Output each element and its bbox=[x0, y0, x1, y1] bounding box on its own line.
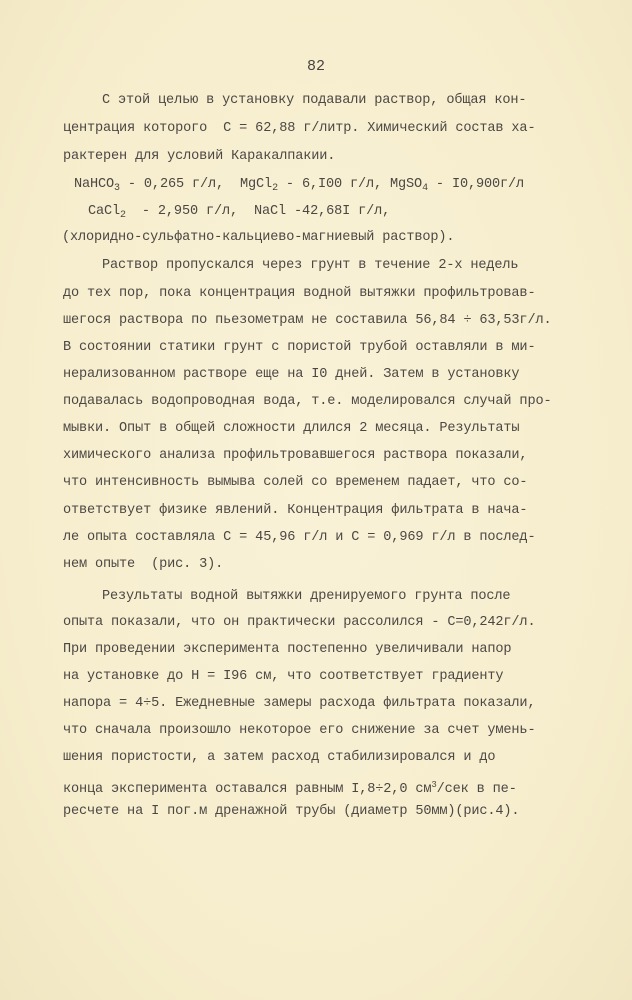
text-line: ле опыта составляла С = 45,96 г/л и С = … bbox=[63, 529, 535, 547]
page-number: 82 bbox=[0, 58, 632, 75]
text-line: мывки. Опыт в общей сложности длился 2 м… bbox=[63, 420, 519, 438]
document-page: 82 С этой целью в установку подавали рас… bbox=[0, 0, 632, 1000]
text-line: Раствор пропускался через грунт в течени… bbox=[102, 257, 518, 275]
text-line: нем опыте (рис. 3). bbox=[63, 556, 223, 574]
text-line: ответствует физике явлений. Концентрация… bbox=[63, 502, 527, 520]
text-line: шения пористости, а затем расход стабили… bbox=[63, 749, 495, 767]
cacl2-formula: CaCl bbox=[88, 204, 120, 219]
text-line: В состоянии статики грунт с пористой тру… bbox=[63, 339, 535, 357]
mgso4-value: - I0,900г/л bbox=[428, 177, 524, 192]
text-line: что сначала произошло некоторое его сниж… bbox=[63, 722, 535, 740]
mgcl2-formula: MgCl bbox=[240, 177, 272, 192]
text-line: Результаты водной вытяжки дренируемого г… bbox=[102, 588, 510, 606]
mgcl2-value: - 6,I00 г/л, bbox=[278, 177, 390, 192]
text-line: (хлоридно-сульфатно-кальциево-магниевый … bbox=[62, 229, 454, 247]
text-line: С этой целью в установку подавали раство… bbox=[102, 92, 526, 110]
cacl2-value: - 2,950 г/л, bbox=[126, 204, 254, 219]
formula-line-salts-1: NaHCO3 - 0,265 г/л, MgCl2 - 6,I00 г/л, M… bbox=[74, 176, 524, 198]
flow-rate-text-end: /сек в пе- bbox=[437, 782, 517, 797]
text-line: шегося раствора по пьезометрам не состав… bbox=[63, 312, 551, 330]
text-line: При проведении эксперимента постепенно у… bbox=[63, 641, 511, 659]
text-line: нерализованном растворе еще на I0 дней. … bbox=[63, 366, 519, 384]
text-line: напора = 4÷5. Ежедневные замеры расхода … bbox=[63, 695, 535, 713]
nacl-value: -42,68I г/л, bbox=[286, 204, 390, 219]
flow-rate-text: конца эксперимента оставался равным I,8÷… bbox=[63, 782, 431, 797]
text-line: химического анализа профильтровавшегося … bbox=[63, 447, 527, 465]
text-line: на установке до Н = I96 см, что соответс… bbox=[63, 668, 503, 686]
text-line: рактерен для условий Каракалпакии. bbox=[63, 148, 335, 166]
text-line: что интенсивность вымыва солей со времен… bbox=[63, 474, 527, 492]
mgso4-formula: MgSO bbox=[390, 177, 422, 192]
text-line: подавалась водопроводная вода, т.е. моде… bbox=[63, 393, 551, 411]
nacl-formula: NaCl bbox=[254, 204, 286, 219]
text-line: опыта показали, что он практически рассо… bbox=[63, 614, 535, 632]
nahco3-formula: NaHCO bbox=[74, 177, 114, 192]
text-line: ресчете на I пог.м дренажной трубы (диам… bbox=[63, 803, 519, 821]
flow-rate-line: конца эксперимента оставался равным I,8÷… bbox=[63, 776, 517, 799]
text-line: до тех пор, пока концентрация водной выт… bbox=[63, 285, 535, 303]
nahco3-value: - 0,265 г/л, bbox=[120, 177, 240, 192]
text-line: центрация которого С = 62,88 г/литр. Хим… bbox=[63, 120, 535, 138]
formula-line-salts-2: CaCl2 - 2,950 г/л, NaCl -42,68I г/л, bbox=[88, 203, 390, 225]
